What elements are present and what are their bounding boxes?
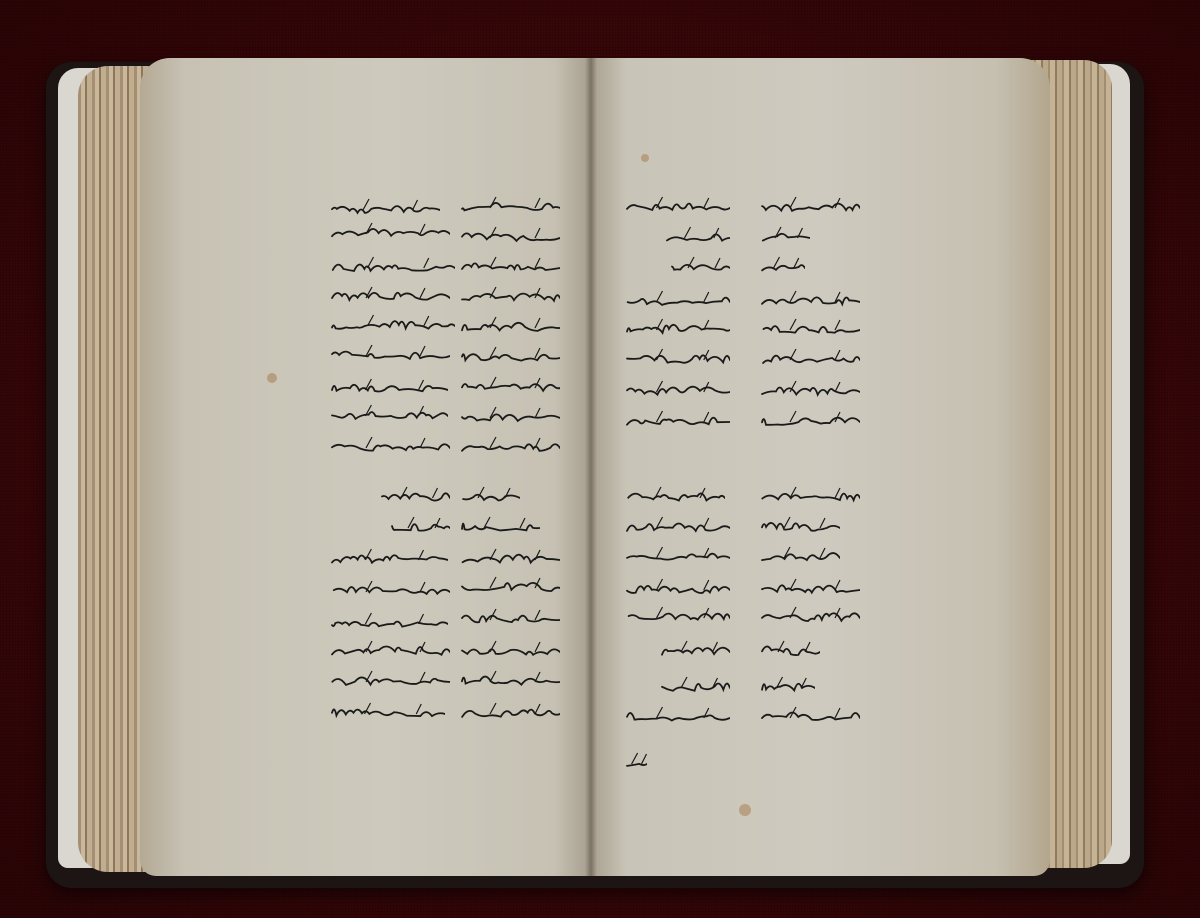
verse-line bbox=[625, 516, 730, 534]
verse-line bbox=[760, 290, 860, 308]
verse-line bbox=[625, 578, 730, 596]
verse-line bbox=[460, 608, 560, 626]
verse-line bbox=[760, 546, 840, 564]
verse-line bbox=[460, 516, 540, 534]
verse-line bbox=[760, 578, 860, 596]
book-gutter bbox=[585, 58, 597, 876]
verse-line bbox=[760, 706, 860, 724]
verse-line bbox=[760, 256, 805, 274]
verse-line bbox=[760, 348, 860, 366]
verse-line bbox=[330, 580, 450, 598]
verse-line bbox=[330, 640, 450, 658]
paper-stain bbox=[739, 804, 751, 816]
verse-line bbox=[330, 702, 445, 720]
verse-line bbox=[460, 286, 560, 304]
left-page bbox=[140, 58, 590, 876]
verse-line bbox=[460, 576, 560, 594]
verse-line bbox=[625, 318, 730, 336]
verse-line bbox=[625, 380, 730, 398]
verse-line bbox=[330, 404, 448, 422]
verse-line bbox=[330, 286, 450, 304]
verse-line bbox=[330, 548, 448, 566]
verse-line bbox=[330, 436, 450, 454]
verse-line bbox=[670, 256, 730, 274]
verse-line bbox=[665, 226, 730, 244]
verse-line bbox=[460, 256, 560, 274]
verse-line bbox=[760, 486, 860, 504]
verse-line bbox=[760, 410, 860, 428]
verse-line bbox=[760, 380, 860, 398]
verse-line bbox=[625, 606, 730, 624]
verse-line bbox=[460, 436, 560, 454]
verse-line bbox=[460, 316, 560, 334]
verse-line bbox=[330, 314, 455, 332]
verse-line bbox=[330, 612, 448, 630]
verse-line bbox=[760, 196, 860, 214]
verse-line bbox=[330, 256, 455, 274]
verse-line bbox=[330, 198, 440, 216]
verse-line bbox=[625, 706, 730, 724]
verse-line bbox=[625, 410, 730, 428]
verse-line bbox=[460, 640, 560, 658]
verse-line bbox=[330, 344, 450, 362]
verse-line bbox=[760, 516, 840, 534]
verse-line bbox=[760, 640, 820, 658]
verse-line bbox=[460, 226, 560, 244]
verse-line bbox=[760, 226, 810, 244]
verse-line bbox=[625, 546, 730, 564]
verse-line bbox=[760, 606, 860, 624]
right-page bbox=[590, 58, 1050, 876]
verse-line bbox=[660, 676, 730, 694]
verse-line bbox=[460, 406, 560, 424]
verse-line bbox=[460, 702, 560, 720]
verse-line bbox=[625, 752, 647, 770]
verse-line bbox=[380, 486, 450, 504]
verse-line bbox=[625, 196, 730, 214]
verse-line bbox=[460, 486, 520, 504]
paper-stain bbox=[267, 373, 277, 383]
paper-stain bbox=[641, 154, 649, 162]
verse-line bbox=[660, 640, 730, 658]
verse-line bbox=[330, 222, 450, 240]
verse-line bbox=[760, 676, 815, 694]
verse-line bbox=[460, 548, 560, 566]
verse-line bbox=[460, 376, 560, 394]
verse-line bbox=[460, 670, 560, 688]
verse-line bbox=[460, 346, 560, 364]
verse-line bbox=[625, 486, 725, 504]
verse-line bbox=[760, 318, 860, 336]
verse-line bbox=[390, 516, 450, 534]
verse-line bbox=[330, 378, 448, 396]
verse-line bbox=[625, 290, 730, 308]
verse-line bbox=[330, 670, 450, 688]
verse-line bbox=[460, 196, 560, 214]
verse-line bbox=[625, 348, 730, 366]
